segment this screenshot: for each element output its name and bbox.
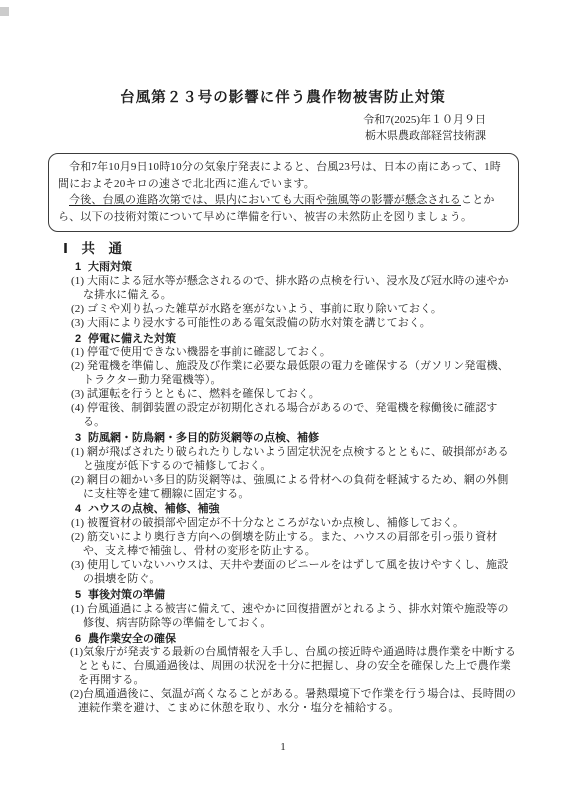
list-item: (3) 使用していないハウスは、天井や妻面のビニールをはずして風を抜けやすくし、… xyxy=(71,559,518,587)
notice-underlined-text: 今後、台風の進路次第では、県内においても大雨や強風等の影響が懸念される xyxy=(69,194,461,206)
list-item: (1)気象庁が発表する最新の台風情報を入手し、台風の接近時や通過時は農作業を中断… xyxy=(70,646,518,688)
list-item: (1) 台風通過による被害に備えて、速やかに回復措置がとれるよう、排水対策や施設… xyxy=(71,603,518,631)
section-number: 6 xyxy=(75,633,88,647)
section-number: 4 xyxy=(75,503,88,517)
list-item: (1) 被覆資材の破損部や固定が不十分なところがないか点検し、補修しておく。 xyxy=(71,517,518,531)
section-heading: 5事後対策の準備 xyxy=(75,589,518,603)
page-number: 1 xyxy=(0,741,566,753)
org-line: 栃木県農政部経営技術課 xyxy=(0,129,486,145)
section-heading: 4ハウスの点検、補修、補強 xyxy=(75,503,518,517)
section-heading: 1大雨対策 xyxy=(75,261,518,275)
section-title: 防風網・防鳥網・多目的防災網等の点検、補修 xyxy=(88,432,319,444)
section-heading: 6農作業安全の確保 xyxy=(75,633,518,647)
section-heading-common: Ⅰ 共 通 xyxy=(63,240,566,257)
section-title: 大雨対策 xyxy=(88,261,132,273)
section-title: 停電に備えた対策 xyxy=(88,333,176,345)
notice-paragraph-1: 令和7年10月9日10時10分の気象庁発表によると、台風23号は、日本の南にあっ… xyxy=(58,159,509,192)
list-item: (2) 発電機を準備し、施設及び作業に必要な最低限の電力を確保する（ガソリン発電… xyxy=(71,360,518,388)
section-heading: 3防風網・防鳥網・多目的防災網等の点検、補修 xyxy=(75,432,518,446)
list-item: (1) 網が飛ばされたり破られたりしないよう固定状況を点検するとともに、破損部が… xyxy=(71,446,518,474)
section-title: ハウスの点検、補修、補強 xyxy=(88,503,220,515)
section-title: 事後対策の準備 xyxy=(88,589,165,601)
list-item: (2)台風通過後に、気温が高くなることがある。暑熱環境下で作業を行う場合は、長時… xyxy=(70,688,518,716)
section-heading: 2停電に備えた対策 xyxy=(75,333,518,347)
document-meta: 令和7(2025)年１０月９日 栃木県農政部経営技術課 xyxy=(0,113,566,144)
list-item: (2) ゴミや刈り払った雑草が水路を塞がないよう、事前に取り除いておく。 xyxy=(71,303,518,317)
section-number: 5 xyxy=(75,589,88,603)
scan-artifact xyxy=(0,7,9,16)
sections-container: 1大雨対策(1) 大雨による冠水等が懸念されるので、排水路の点検を行い、浸水及び… xyxy=(48,261,518,716)
list-item: (1) 停電で使用できない機器を事前に確認しておく。 xyxy=(71,346,518,360)
section-number: 1 xyxy=(75,261,88,275)
document-page: 台風第２３号の影響に伴う農作物被害防止対策 令和7(2025)年１０月９日 栃木… xyxy=(0,0,566,800)
list-item: (3) 大雨により浸水する可能性のある電気設備の防水対策を講じておく。 xyxy=(71,317,518,331)
section-number: 3 xyxy=(75,432,88,446)
list-item: (3) 試運転を行うとともに、燃料を確保しておく。 xyxy=(71,388,518,402)
section-title: 農作業安全の確保 xyxy=(88,633,176,645)
list-item: (4) 停電後、制御装置の設定が初期化される場合があるので、発電機を稼働後に確認… xyxy=(71,402,518,430)
list-item: (1) 大雨による冠水等が懸念されるので、排水路の点検を行い、浸水及び冠水時の速… xyxy=(71,275,518,303)
notice-box: 令和7年10月9日10時10分の気象庁発表によると、台風23号は、日本の南にあっ… xyxy=(48,153,519,232)
notice-paragraph-2: 今後、台風の進路次第では、県内においても大雨や強風等の影響が懸念されることから、… xyxy=(58,192,509,225)
list-item: (2) 網目の細かい多目的防災網等は、強風による骨材への負荷を軽減するため、網の… xyxy=(71,474,518,502)
date-line: 令和7(2025)年１０月９日 xyxy=(0,113,486,129)
page-title: 台風第２３号の影響に伴う農作物被害防止対策 xyxy=(0,88,566,108)
list-item: (2) 筋交いにより奥行き方向への倒壊を防止する。また、ハウスの肩部を引っ張り資… xyxy=(71,531,518,559)
section-number: 2 xyxy=(75,333,88,347)
